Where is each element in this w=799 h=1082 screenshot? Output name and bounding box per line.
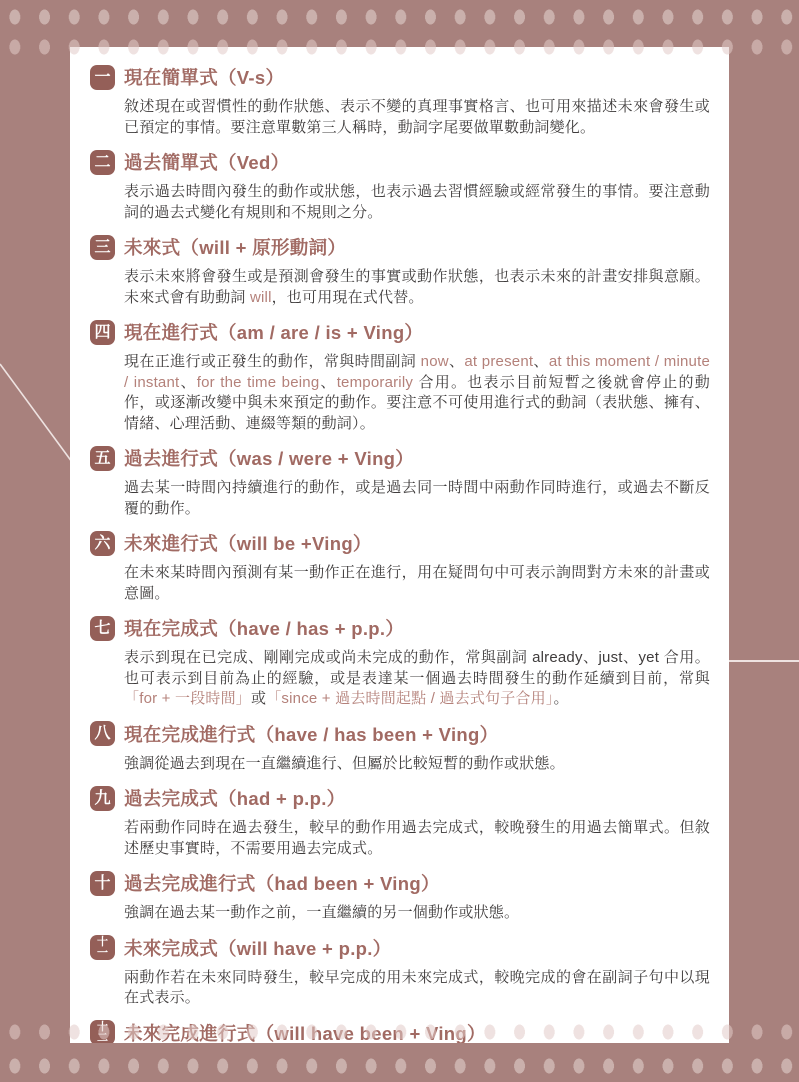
text-segment: 敘述現在或習慣性的動作狀態、表示不變的真理事實格言、也可用來描述未來會發生或已預… <box>124 98 710 136</box>
section-header: 六未來進行式（will be +Ving） <box>90 530 710 556</box>
accent-text-segment: now <box>421 353 449 370</box>
section-number-badge: 一 <box>90 65 115 90</box>
section-header: 三未來式（will + 原形動詞） <box>90 234 710 260</box>
badge-numeral-part: 一 <box>97 948 108 959</box>
section-title: 現在完成式（have / has + p.p.） <box>124 615 404 641</box>
section-number-badge: 十二 <box>90 1020 115 1043</box>
decorative-horizontal-line <box>729 660 799 662</box>
tense-section: 十過去完成進行式（had been + Ving）強調在過去某一動作之前，一直繼… <box>90 870 710 924</box>
section-description: 強調從過去到現在一直繼續進行、但屬於比較短暫的動作或狀態。 <box>124 754 710 775</box>
text-segment: 在未來某時間內預測有某一動作正在進行，用在疑問句中可表示詢問對方未來的計畫或意圖… <box>124 564 710 602</box>
tense-section: 二過去簡單式（Ved）表示過去時間內發生的動作或狀態，也表示過去習慣經驗或經常發… <box>90 149 710 223</box>
section-header: 五過去進行式（was / were + Ving） <box>90 445 710 471</box>
text-segment: 、 <box>449 353 465 370</box>
tense-section: 九過去完成式（had + p.p.）若兩動作同時在過去發生，較早的動作用過去完成… <box>90 785 710 859</box>
section-title: 未來完成進行式（will have been + Ving） <box>124 1020 486 1044</box>
text-segment: 、 <box>319 374 336 391</box>
tense-section: 三未來式（will + 原形動詞）表示未來將會發生或是預測會發生的事實或動作狀態… <box>90 234 710 308</box>
section-title: 過去進行式（was / were + Ving） <box>124 445 414 471</box>
section-title: 過去完成進行式（had been + Ving） <box>124 870 440 896</box>
polka-dot-row-bottom-outer <box>0 1058 799 1074</box>
section-number-badge: 二 <box>90 150 115 175</box>
accent-text-segment: 「for + 一段時間」 <box>124 690 251 707</box>
text-segment: 過去某一時間內持續進行的動作，或是過去同一時間中兩動作同時進行，或過去不斷反覆的… <box>124 479 710 517</box>
text-segment: 現在正進行或正發生的動作，常與時間副詞 <box>124 353 421 370</box>
section-number-badge: 九 <box>90 786 115 811</box>
section-description: 若兩動作同時在過去發生，較早的動作用過去完成式，較晚發生的用過去簡單式。但敘述歷… <box>124 818 710 859</box>
content-card: 一現在簡單式（V-s）敘述現在或習慣性的動作狀態、表示不變的真理事實格言、也可用… <box>70 47 729 1043</box>
section-description: 現在正進行或正發生的動作，常與時間副詞 now、at present、at th… <box>124 352 710 434</box>
badge-numeral-part: 二 <box>97 1033 108 1044</box>
section-header: 十過去完成進行式（had been + Ving） <box>90 870 710 896</box>
accent-text-segment: temporarily <box>337 374 413 391</box>
decorative-diagonal-line <box>0 360 76 466</box>
section-number-badge: 十一 <box>90 935 115 960</box>
section-description: 表示過去時間內發生的動作或狀態，也表示過去習慣經驗或經常發生的事情。要注意動詞的… <box>124 182 710 223</box>
section-title: 未來式（will + 原形動詞） <box>124 234 346 260</box>
section-description: 敘述現在或習慣性的動作狀態、表示不變的真理事實格言、也可用來描述未來會發生或已預… <box>124 97 710 138</box>
text-segment: 、 <box>533 353 549 370</box>
text-segment: 。 <box>554 690 569 707</box>
section-number-badge: 六 <box>90 531 115 556</box>
section-description: 兩動作若在未來同時發生，較早完成的用未來完成式，較晚完成的會在副詞子句中以現在式… <box>124 968 710 1009</box>
tense-section: 五過去進行式（was / were + Ving）過去某一時間內持續進行的動作，… <box>90 445 710 519</box>
section-header: 十二未來完成進行式（will have been + Ving） <box>90 1020 710 1044</box>
text-segment: 強調從過去到現在一直繼續進行、但屬於比較短暫的動作或狀態。 <box>124 755 565 772</box>
text-segment: 表示過去時間內發生的動作或狀態，也表示過去習慣經驗或經常發生的事情。要注意動詞的… <box>124 183 710 221</box>
section-title: 現在完成進行式（have / has been + Ving） <box>124 721 498 747</box>
accent-text-segment: will <box>250 289 272 306</box>
tense-section: 一現在簡單式（V-s）敘述現在或習慣性的動作狀態、表示不變的真理事實格言、也可用… <box>90 64 710 138</box>
section-description: 在未來某時間內預測有某一動作正在進行，用在疑問句中可表示詢問對方未來的計畫或意圖… <box>124 563 710 604</box>
text-segment: 強調在過去某一動作之前，一直繼續的另一個動作或狀態。 <box>124 904 519 921</box>
section-title: 未來完成式（will have + p.p.） <box>124 935 391 961</box>
section-number-badge: 七 <box>90 616 115 641</box>
badge-numeral-part: 十 <box>97 1022 108 1033</box>
polka-dot-row-top-outer <box>0 9 799 25</box>
tense-section: 十二未來完成進行式（will have been + Ving）強調到未來某一時… <box>90 1020 710 1044</box>
section-title: 過去簡單式（Ved） <box>124 149 289 175</box>
accent-text-segment: 「since + 過去時間起點 / 過去式句子合用」 <box>266 690 553 707</box>
section-header: 九過去完成式（had + p.p.） <box>90 785 710 811</box>
section-title: 過去完成式（had + p.p.） <box>124 785 345 811</box>
tense-section: 七現在完成式（have / has + p.p.）表示到現在已完成、剛剛完成或尚… <box>90 615 710 710</box>
tense-section: 八現在完成進行式（have / has been + Ving）強調從過去到現在… <box>90 721 710 775</box>
section-description: 表示到現在已完成、剛剛完成或尚未完成的動作，常與副詞 already、just、… <box>124 648 710 710</box>
tense-section: 六未來進行式（will be +Ving）在未來某時間內預測有某一動作正在進行，… <box>90 530 710 604</box>
text-segment: 、 <box>179 374 196 391</box>
text-segment: 或 <box>251 690 266 707</box>
section-title: 現在簡單式（V-s） <box>124 64 284 90</box>
tense-section: 四現在進行式（am / are / is + Ving）現在正進行或正發生的動作… <box>90 319 710 434</box>
section-title: 現在進行式（am / are / is + Ving） <box>124 319 423 345</box>
section-header: 八現在完成進行式（have / has been + Ving） <box>90 721 710 747</box>
tense-section: 十一未來完成式（will have + p.p.）兩動作若在未來同時發生，較早完… <box>90 935 710 1009</box>
text-segment: 表示到現在已完成、剛剛完成或尚未完成的動作，常與副詞 already、just、… <box>124 649 710 687</box>
section-number-badge: 三 <box>90 235 115 260</box>
worksheet-page: 一現在簡單式（V-s）敘述現在或習慣性的動作狀態、表示不變的真理事實格言、也可用… <box>0 0 799 1082</box>
section-header: 四現在進行式（am / are / is + Ving） <box>90 319 710 345</box>
text-segment: 若兩動作同時在過去發生，較早的動作用過去完成式，較晚發生的用過去簡單式。但敘述歷… <box>124 819 710 857</box>
section-header: 二過去簡單式（Ved） <box>90 149 710 175</box>
text-segment: 兩動作若在未來同時發生，較早完成的用未來完成式，較晚完成的會在副詞子句中以現在式… <box>124 969 710 1007</box>
section-header: 七現在完成式（have / has + p.p.） <box>90 615 710 641</box>
section-header: 一現在簡單式（V-s） <box>90 64 710 90</box>
text-segment: ，也可用現在式代替。 <box>272 289 424 306</box>
section-description: 強調在過去某一動作之前，一直繼續的另一個動作或狀態。 <box>124 903 710 924</box>
accent-text-segment: at present <box>464 353 533 370</box>
section-number-badge: 五 <box>90 446 115 471</box>
section-header: 十一未來完成式（will have + p.p.） <box>90 935 710 961</box>
section-number-badge: 四 <box>90 320 115 345</box>
accent-text-segment: for the time being <box>197 374 320 391</box>
section-title: 未來進行式（will be +Ving） <box>124 530 372 556</box>
badge-numeral-part: 十 <box>97 937 108 948</box>
section-number-badge: 十 <box>90 871 115 896</box>
section-description: 表示未來將會發生或是預測會發生的事實或動作狀態，也表示未來的計畫安排與意願。未來… <box>124 267 710 308</box>
section-description: 過去某一時間內持續進行的動作，或是過去同一時間中兩動作同時進行，或過去不斷反覆的… <box>124 478 710 519</box>
sections: 一現在簡單式（V-s）敘述現在或習慣性的動作狀態、表示不變的真理事實格言、也可用… <box>90 64 710 1043</box>
section-number-badge: 八 <box>90 721 115 746</box>
